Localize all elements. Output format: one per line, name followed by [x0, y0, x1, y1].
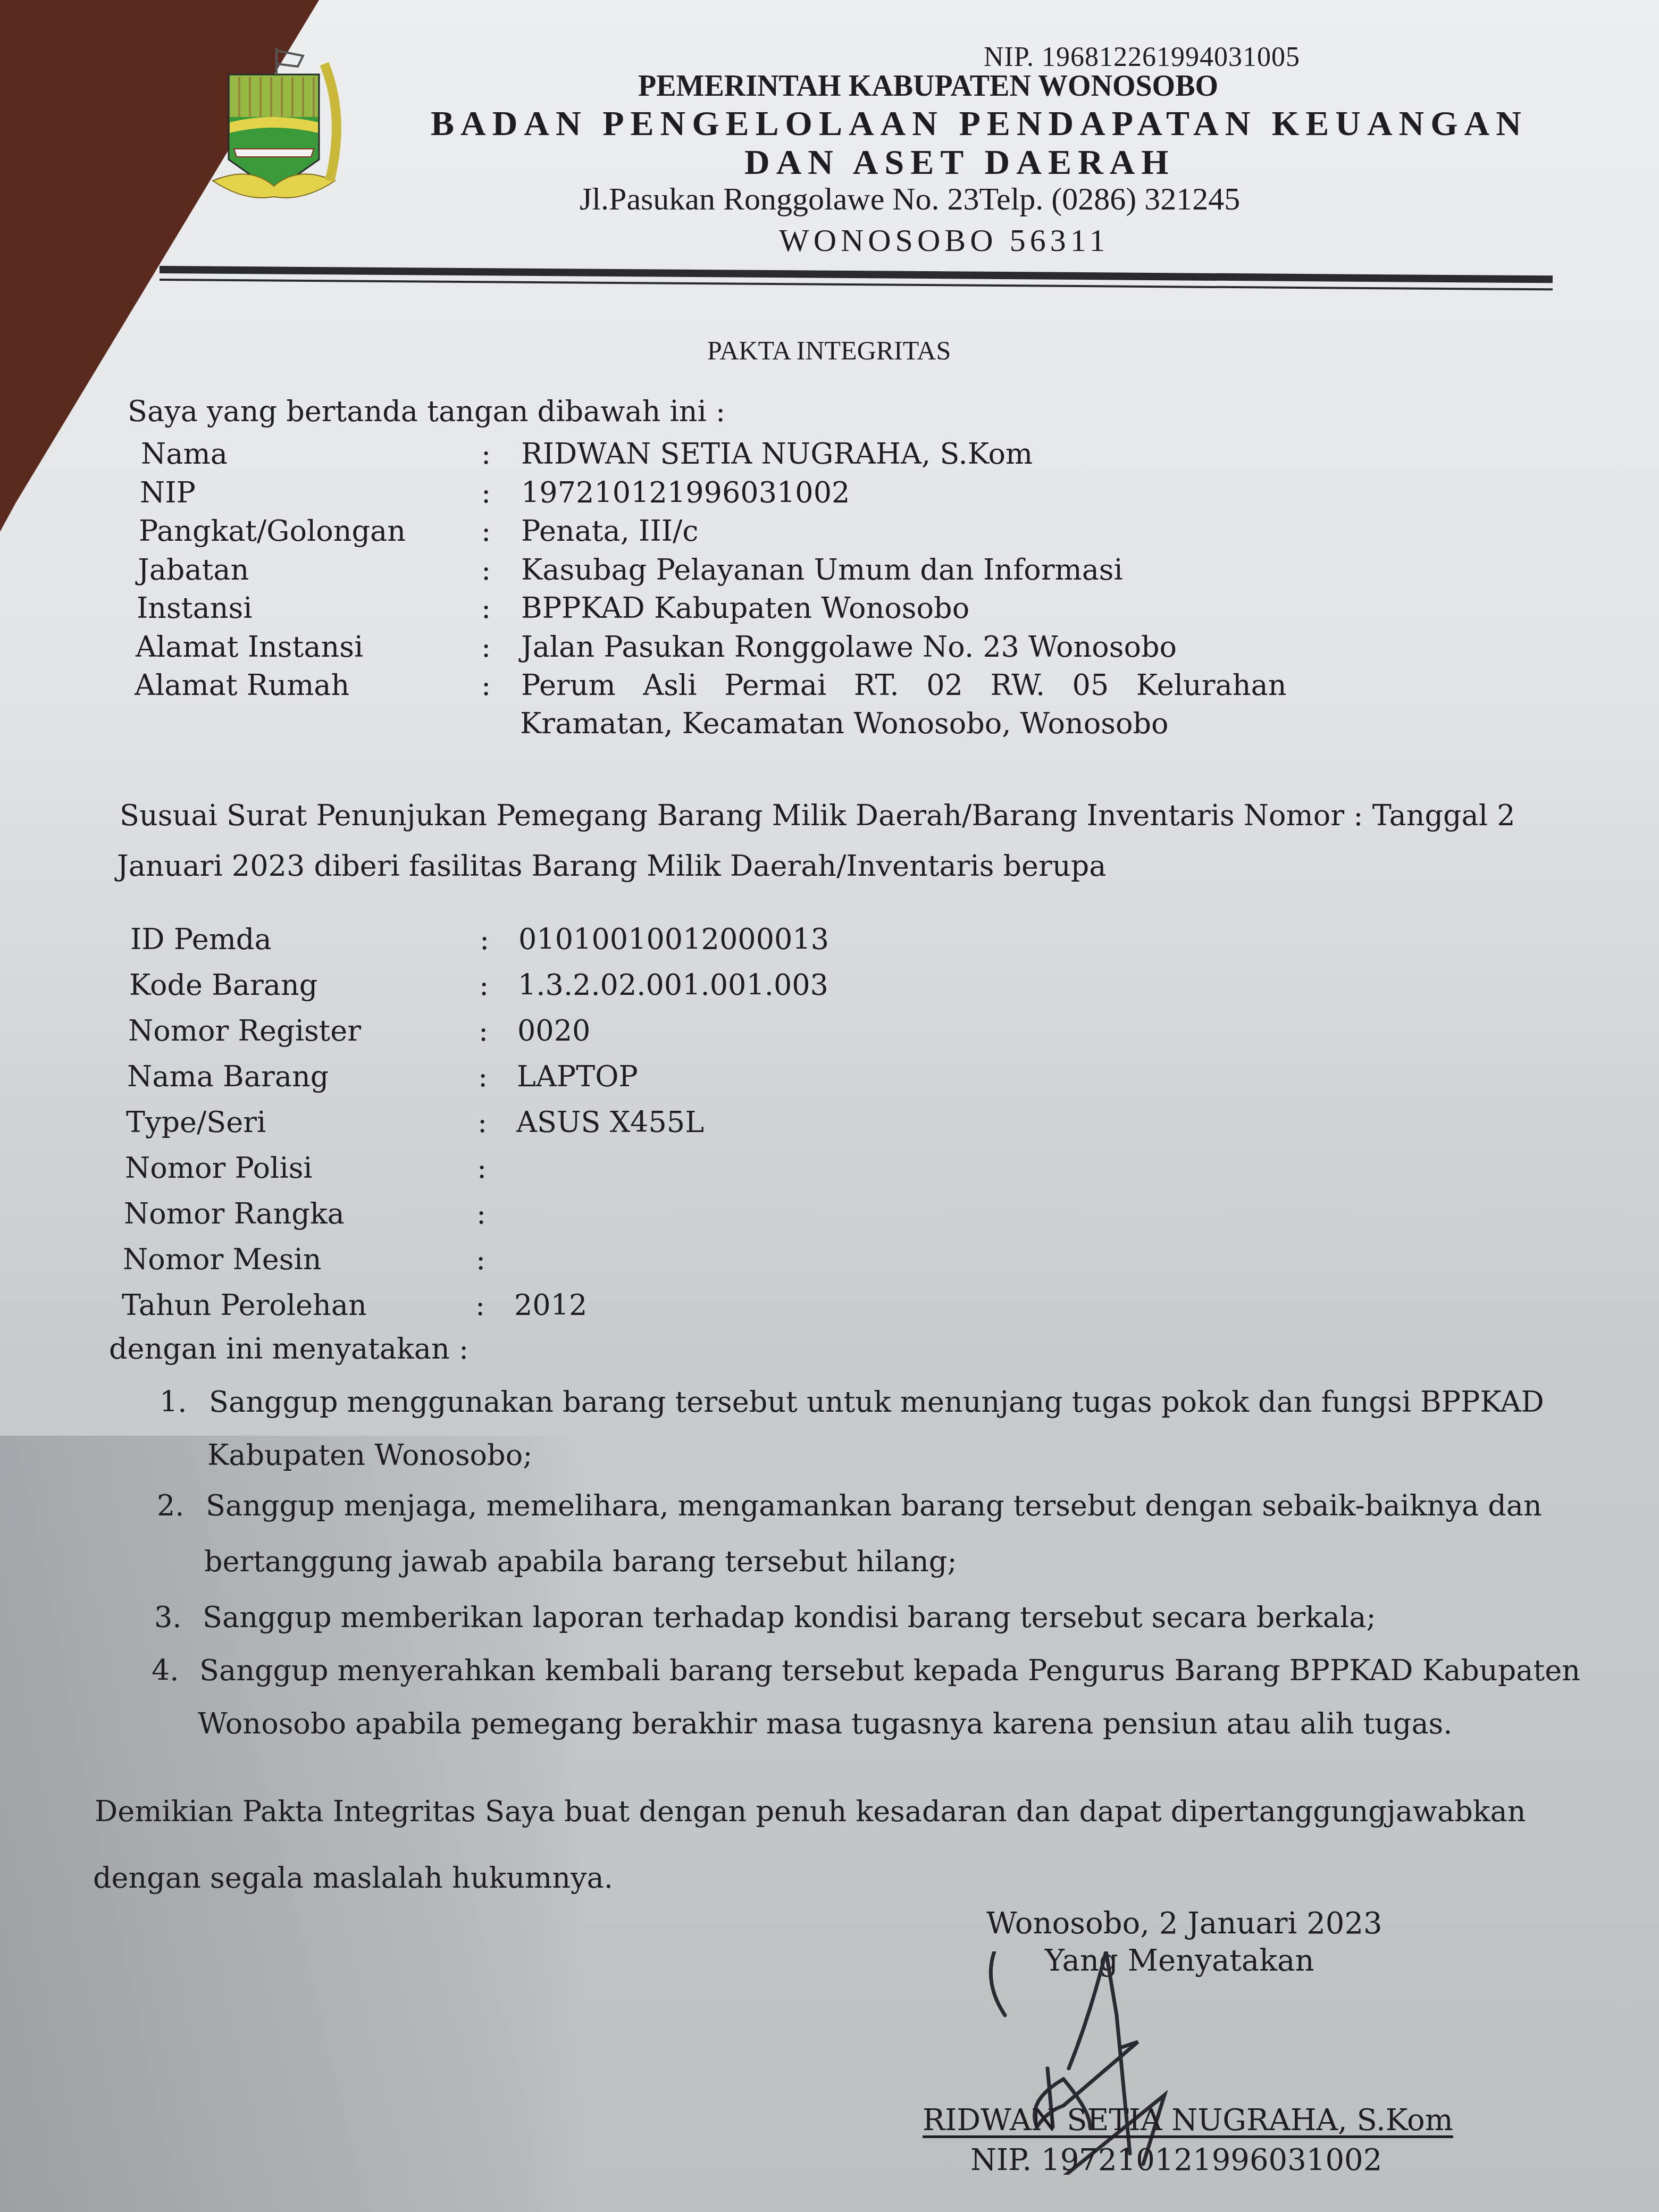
asset-row: Nomor Polisi: — [0, 1151, 1659, 1188]
identity-value: RIDWAN SETIA NUGRAHA, S.Kom — [521, 437, 1033, 471]
asset-label: Nomor Mesin — [123, 1243, 321, 1276]
colon: : — [481, 437, 491, 471]
document-title: PAKTA INTEGRITAS — [707, 335, 951, 366]
colon: : — [479, 968, 489, 1002]
identity-row: Alamat Instansi:Jalan Pasukan Ronggolawe… — [0, 630, 1659, 667]
identity-label: NIP — [140, 476, 196, 509]
declaration-intro: dengan ini menyatakan : — [109, 1332, 468, 1365]
header-government: PEMERINTAH KABUPATEN WONOSOBO — [638, 69, 1218, 103]
closing-line2: dengan segala maslalah hukumnya. — [93, 1861, 613, 1895]
asset-value: LAPTOP — [517, 1060, 638, 1093]
identity-row: Nama:RIDWAN SETIA NUGRAHA, S.Kom — [0, 437, 1659, 474]
statement-text-continued: Wonosobo apabila pemegang berakhir masa … — [198, 1707, 1453, 1740]
asset-row: Nama Barang:LAPTOP — [0, 1060, 1659, 1097]
identity-label: Alamat Rumah — [135, 668, 349, 702]
colon: : — [481, 553, 491, 586]
intro-text: Saya yang bertanda tangan dibawah ini : — [128, 395, 725, 428]
reference-line1: Susuai Surat Penunjukan Pemegang Barang … — [120, 799, 1515, 832]
header-city: WONOSOBO 56311 — [779, 222, 1109, 259]
signatory-name: RIDWAN SETIA NUGRAHA, S.Kom — [923, 2103, 1453, 2138]
statement-number: 2. — [157, 1489, 185, 1522]
identity-value: Perum Asli Permai RT. 02 RW. 05 Keluraha… — [521, 668, 1286, 702]
statement-text: Sanggup menjaga, memelihara, mengamankan… — [206, 1489, 1542, 1522]
header-nip: NIP. 196812261994031005 — [984, 41, 1300, 73]
signatory-nip: NIP. 197210121996031002 — [970, 2143, 1382, 2177]
colon: : — [481, 630, 491, 664]
asset-label: Tahun Perolehan — [122, 1288, 367, 1322]
header-address: Jl.Pasukan Ronggolawe No. 23Telp. (0286)… — [580, 181, 1240, 217]
statement-number: 1. — [160, 1385, 187, 1419]
asset-value: 01010010012000013 — [518, 923, 829, 956]
colon: : — [477, 1151, 487, 1185]
handwritten-signature-icon — [984, 1951, 1313, 2175]
asset-row: Tahun Perolehan:2012 — [0, 1288, 1659, 1326]
asset-label: Type/Seri — [126, 1105, 266, 1139]
identity-value: Penata, III/c — [521, 514, 699, 548]
asset-label: ID Pemda — [130, 923, 272, 956]
identity-row: Pangkat/Golongan:Penata, III/c — [0, 514, 1659, 551]
asset-row: Type/Seri:ASUS X455L — [0, 1105, 1659, 1143]
colon: : — [476, 1197, 486, 1230]
asset-row: ID Pemda:01010010012000013 — [0, 923, 1659, 960]
colon: : — [481, 668, 491, 702]
asset-label: Nomor Register — [128, 1014, 361, 1048]
identity-value: Jalan Pasukan Ronggolawe No. 23 Wonosobo — [521, 630, 1177, 664]
identity-label: Nama — [141, 437, 228, 471]
asset-label: Nomor Polisi — [125, 1151, 313, 1185]
asset-row: Nomor Rangka: — [0, 1197, 1659, 1234]
colon: : — [475, 1288, 485, 1322]
identity-value: 197210121996031002 — [521, 476, 850, 509]
colon: : — [478, 1060, 488, 1093]
closing-line1: Demikian Pakta Integritas Saya buat deng… — [95, 1795, 1526, 1828]
asset-label: Kode Barang — [129, 968, 317, 1002]
asset-label: Nomor Rangka — [124, 1197, 345, 1230]
identity-value: BPPKAD Kabupaten Wonosobo — [521, 591, 969, 625]
asset-row: Nomor Register:0020 — [0, 1014, 1659, 1051]
identity-row-continued: Kramatan, Kecamatan Wonosobo, Wonosobo — [0, 707, 1659, 744]
colon: : — [480, 923, 489, 956]
asset-value: 1.3.2.02.001.001.003 — [518, 968, 828, 1002]
identity-label: Instansi — [137, 591, 252, 625]
statement-text-continued: bertanggung jawab apabila barang tersebu… — [204, 1545, 957, 1578]
identity-label: Pangkat/Golongan — [139, 514, 406, 548]
identity-row: Instansi:BPPKAD Kabupaten Wonosobo — [0, 591, 1659, 629]
statement-text: Sanggup menggunakan barang tersebut untu… — [209, 1385, 1544, 1419]
colon: : — [481, 476, 491, 509]
signature-place-date: Wonosobo, 2 Januari 2023 — [986, 1906, 1382, 1941]
asset-value: 2012 — [514, 1288, 587, 1322]
asset-row: Kode Barang:1.3.2.02.001.001.003 — [0, 968, 1659, 1006]
asset-row: Nomor Mesin: — [0, 1243, 1659, 1280]
header-agency-line1: BADAN PENGELOLAAN PENDAPATAN KEUANGAN — [431, 104, 1528, 144]
statement-text: Sanggup menyerahkan kembali barang terse… — [199, 1654, 1580, 1687]
identity-row: Jabatan:Kasubag Pelayanan Umum dan Infor… — [0, 553, 1659, 590]
identity-row: NIP:197210121996031002 — [0, 476, 1659, 513]
header-agency-line2: DAN ASET DAERAH — [744, 143, 1175, 183]
statement-text-continued: Kabupaten Wonosobo; — [207, 1438, 532, 1472]
reference-line2: Januari 2023 diberi fasilitas Barang Mil… — [117, 849, 1106, 883]
asset-label: Nama Barang — [127, 1060, 329, 1093]
statement-number: 3. — [154, 1601, 182, 1634]
colon: : — [477, 1105, 487, 1139]
asset-value: 0020 — [517, 1014, 590, 1048]
statement-text: Sanggup memberikan laporan terhadap kond… — [203, 1601, 1376, 1634]
asset-value: ASUS X455L — [516, 1105, 704, 1139]
colon: : — [476, 1243, 485, 1276]
identity-value-line2: Kramatan, Kecamatan Wonosobo, Wonosobo — [520, 707, 1168, 740]
statement-number: 4. — [152, 1654, 179, 1687]
identity-value: Kasubag Pelayanan Umum dan Informasi — [521, 553, 1123, 586]
identity-label: Alamat Instansi — [136, 630, 363, 664]
colon: : — [479, 1014, 488, 1048]
identity-label: Jabatan — [138, 553, 249, 586]
identity-row: Alamat Rumah:Perum Asli Permai RT. 02 RW… — [0, 668, 1659, 706]
colon: : — [481, 591, 491, 625]
colon: : — [481, 514, 491, 548]
regency-coat-of-arms-icon — [197, 43, 351, 213]
